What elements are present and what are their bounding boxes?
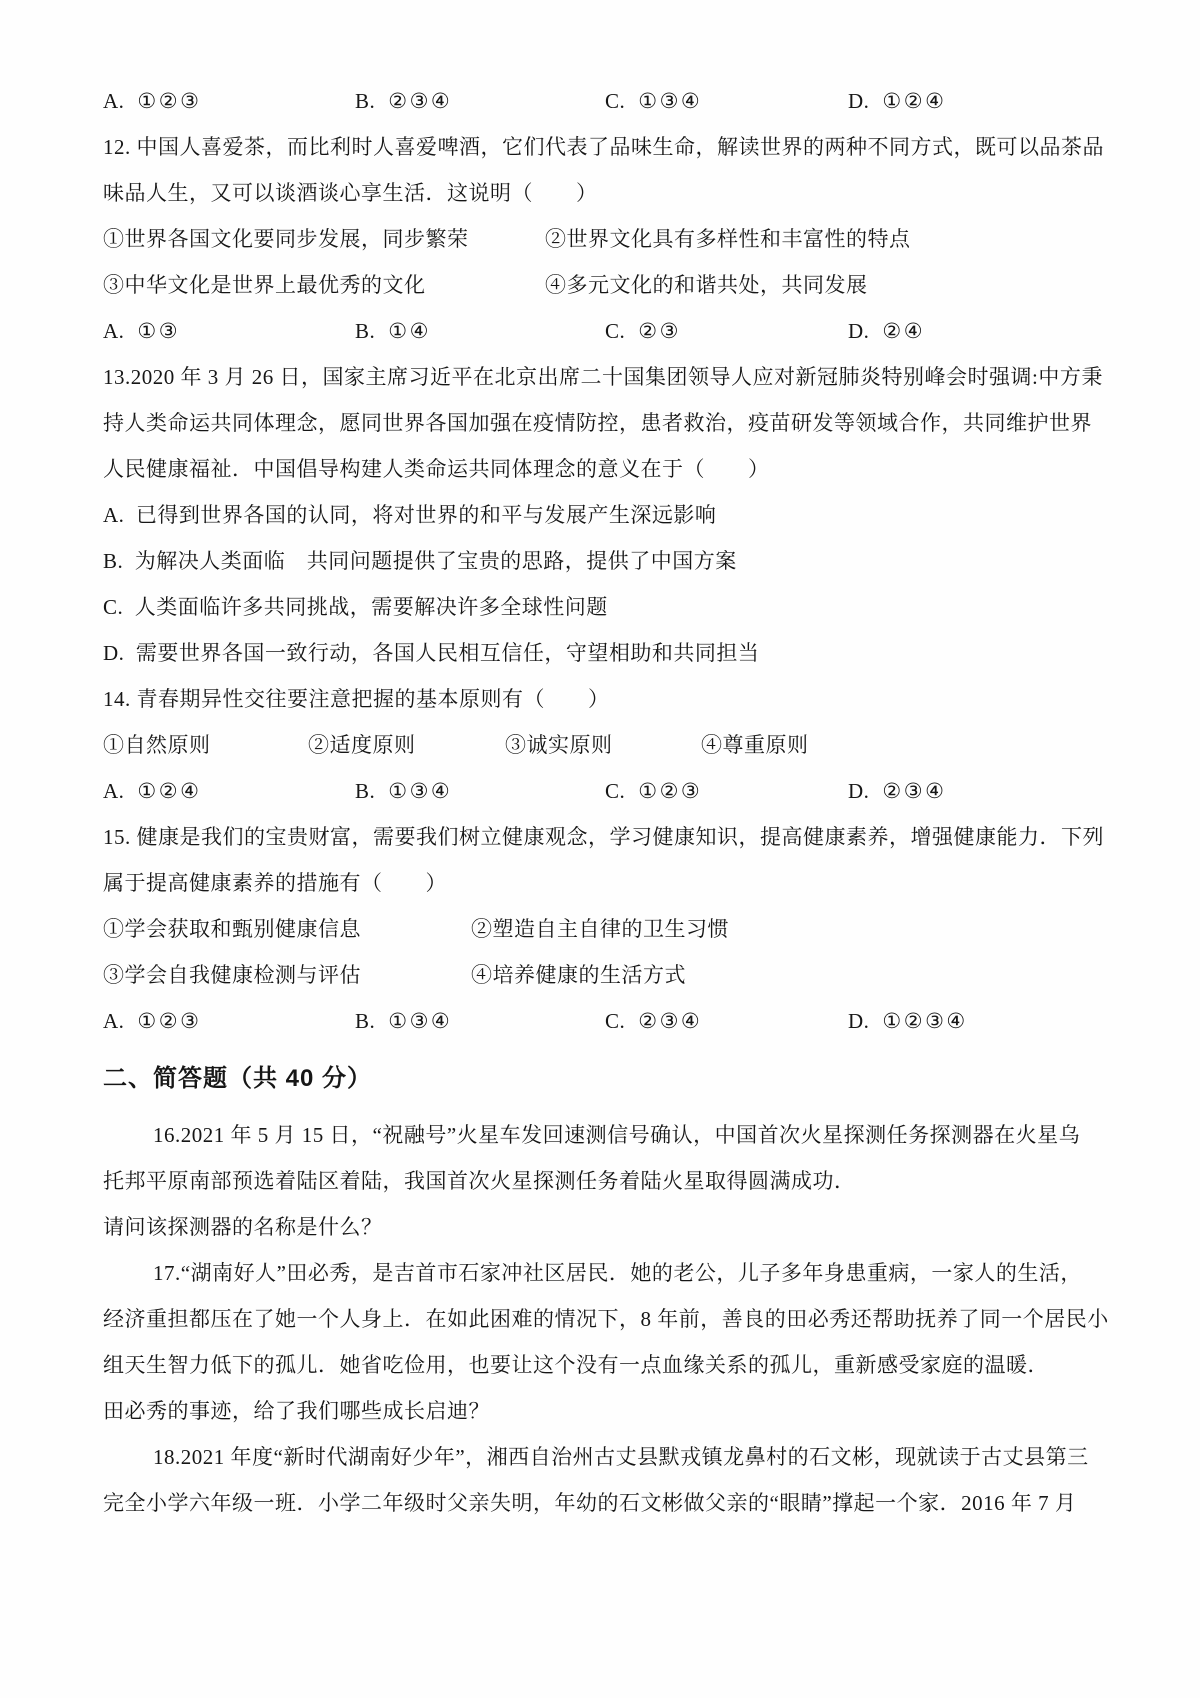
option-letter: C. [605,308,625,354]
q15-items-row2-item-2: ④培养健康的生活方式 [471,952,1103,998]
q16-question: 请问该探测器的名称是什么？ [103,1204,1103,1250]
q17-question: 田必秀的事迹，给了我们哪些成长启迪？ [103,1388,1103,1434]
q14-items: ①自然原则②适度原则③诚实原则④尊重原则 [103,722,1103,768]
option-circled-digits: ②③④ [882,779,946,803]
q14-stem: 14. 青春期异性交往要注意把握的基本原则有（ ） [103,676,1103,722]
q12-stem-line2: 味品人生，又可以谈酒谈心享生活．这说明（ ） [103,170,1103,216]
q14-items-item-1: ①自然原则 [103,722,308,768]
q13-stem-line2: 持人类命运共同体理念，愿同世界各国加强在疫情防控，患者救治，疫苗研发等领域合作，… [103,400,1103,446]
option-letter: D. [848,998,869,1044]
option-letter: A. [103,78,124,124]
option-letter: B. [355,998,375,1044]
q15-stem-line2: 属于提高健康素养的措施有（ ） [103,860,1103,906]
q14-choices: A.①②④B.①③④C.①②③D.②③④ [103,768,1103,814]
option-circled-digits: ②④ [882,319,925,343]
option-letter: C. [605,78,625,124]
q16-stem-line1: 16.2021 年 5 月 15 日，“祝融号”火星车发回速测信号确认，中国首次… [103,1112,1103,1158]
q11-choices-option-d: D.①②④ [848,78,1103,124]
q13-choice-a: A. 已得到世界各国的认同，将对世界的和平与发展产生深远影响 [103,492,1103,538]
q16-stem-line2: 托邦平原南部预选着陆区着陆，我国首次火星探测任务着陆火星取得圆满成功． [103,1158,1103,1204]
option-circled-digits: ①②④ [137,779,201,803]
option-letter: A. [103,998,124,1044]
q18-stem-line1: 18.2021 年度“新时代湖南好少年”，湘西自治州古丈县默戎镇龙鼻村的石文彬，… [103,1434,1103,1480]
q11-choices-option-c: C.①③④ [605,78,848,124]
q11-choices-option-a: A.①②③ [103,78,355,124]
section2-heading: 二、简答题（共 40 分） [103,1054,1103,1104]
q15-items-row1-item-1: ①学会获取和甄别健康信息 [103,906,471,952]
option-circled-digits: ①③④ [638,89,702,113]
q15-choices-option-a: A.①②③ [103,998,355,1044]
q15-choices: A.①②③B.①③④C.②③④D.①②③④ [103,998,1103,1044]
q15-choices-option-b: B.①③④ [355,998,605,1044]
q14-choices-option-d: D.②③④ [848,768,1103,814]
document-content: A.①②③B.②③④C.①③④D.①②④12. 中国人喜爱茶，而比利时人喜爱啤酒… [103,78,1103,1526]
q12-items-row1: ①世界各国文化要同步发展，同步繁荣②世界文化具有多样性和丰富性的特点 [103,216,1103,262]
q17-stem-line2: 经济重担都压在了她一个人身上．在如此困难的情况下，8 年前，善良的田必秀还帮助抚… [103,1296,1103,1342]
option-circled-digits: ①④ [388,319,431,343]
q15-choices-option-c: C.②③④ [605,998,848,1044]
q11-choices: A.①②③B.②③④C.①③④D.①②④ [103,78,1103,124]
exam-page: A.①②③B.②③④C.①③④D.①②④12. 中国人喜爱茶，而比利时人喜爱啤酒… [0,0,1200,1698]
option-letter: A. [103,308,124,354]
option-letter: C. [605,998,625,1044]
q13-stem-line1: 13.2020 年 3 月 26 日，国家主席习近平在北京出席二十国集团领导人应… [103,354,1103,400]
q15-items-row2: ③学会自我健康检测与评估④培养健康的生活方式 [103,952,1103,998]
q15-choices-option-d: D.①②③④ [848,998,1103,1044]
option-circled-digits: ①③ [137,319,180,343]
q12-items-row1-item-1: ①世界各国文化要同步发展，同步繁荣 [103,216,545,262]
option-circled-digits: ①②③ [638,779,702,803]
q14-items-item-3: ③诚实原则 [505,722,701,768]
q12-items-row2-item-1: ③中华文化是世界上最优秀的文化 [103,262,545,308]
q12-items-row2: ③中华文化是世界上最优秀的文化④多元文化的和谐共处，共同发展 [103,262,1103,308]
q13-choice-b: B. 为解决人类面临 共同问题提供了宝贵的思路，提供了中国方案 [103,538,1103,584]
q17-stem-line1: 17.“湖南好人”田必秀，是吉首市石家冲社区居民．她的老公，儿子多年身患重病，一… [103,1250,1103,1296]
option-circled-digits: ②③④ [388,89,452,113]
q12-items-row1-item-2: ②世界文化具有多样性和丰富性的特点 [545,216,1103,262]
q14-items-item-2: ②适度原则 [308,722,505,768]
q12-choices: A.①③B.①④C.②③D.②④ [103,308,1103,354]
option-circled-digits: ①②④ [882,89,946,113]
option-circled-digits: ②③④ [638,1009,702,1033]
q12-choices-option-a: A.①③ [103,308,355,354]
q11-choices-option-b: B.②③④ [355,78,605,124]
option-letter: A. [103,768,124,814]
option-circled-digits: ①②③ [137,89,201,113]
q13-choice-c: C. 人类面临许多共同挑战，需要解决许多全球性问题 [103,584,1103,630]
option-letter: B. [355,768,375,814]
q12-choices-option-d: D.②④ [848,308,1103,354]
q14-choices-option-c: C.①②③ [605,768,848,814]
q12-choices-option-c: C.②③ [605,308,848,354]
q12-stem-line1: 12. 中国人喜爱茶，而比利时人喜爱啤酒，它们代表了品味生命，解读世界的两种不同… [103,124,1103,170]
q13-stem-line3: 人民健康福祉．中国倡导构建人类命运共同体理念的意义在于（ ） [103,446,1103,492]
option-circled-digits: ①②③④ [882,1009,967,1033]
option-letter: B. [355,308,375,354]
option-circled-digits: ②③ [638,319,681,343]
option-letter: C. [605,768,625,814]
q15-items-row1: ①学会获取和甄别健康信息②塑造自主自律的卫生习惯 [103,906,1103,952]
q18-stem-line2: 完全小学六年级一班．小学二年级时父亲失明，年幼的石文彬做父亲的“眼睛”撑起一个家… [103,1480,1103,1526]
q17-stem-line3: 组天生智力低下的孤儿．她省吃俭用，也要让这个没有一点血缘关系的孤儿，重新感受家庭… [103,1342,1103,1388]
q13-choice-d: D. 需要世界各国一致行动，各国人民相互信任，守望相助和共同担当 [103,630,1103,676]
q14-items-item-4: ④尊重原则 [701,722,1103,768]
option-letter: D. [848,78,869,124]
q15-items-row1-item-2: ②塑造自主自律的卫生习惯 [471,906,1103,952]
q15-stem-line1: 15. 健康是我们的宝贵财富，需要我们树立健康观念，学习健康知识，提高健康素养，… [103,814,1103,860]
option-circled-digits: ①③④ [388,1009,452,1033]
option-letter: B. [355,78,375,124]
q14-choices-option-b: B.①③④ [355,768,605,814]
option-circled-digits: ①②③ [137,1009,201,1033]
option-letter: D. [848,308,869,354]
option-letter: D. [848,768,869,814]
q12-items-row2-item-2: ④多元文化的和谐共处，共同发展 [545,262,1103,308]
q15-items-row2-item-1: ③学会自我健康检测与评估 [103,952,471,998]
q14-choices-option-a: A.①②④ [103,768,355,814]
q12-choices-option-b: B.①④ [355,308,605,354]
option-circled-digits: ①③④ [388,779,452,803]
